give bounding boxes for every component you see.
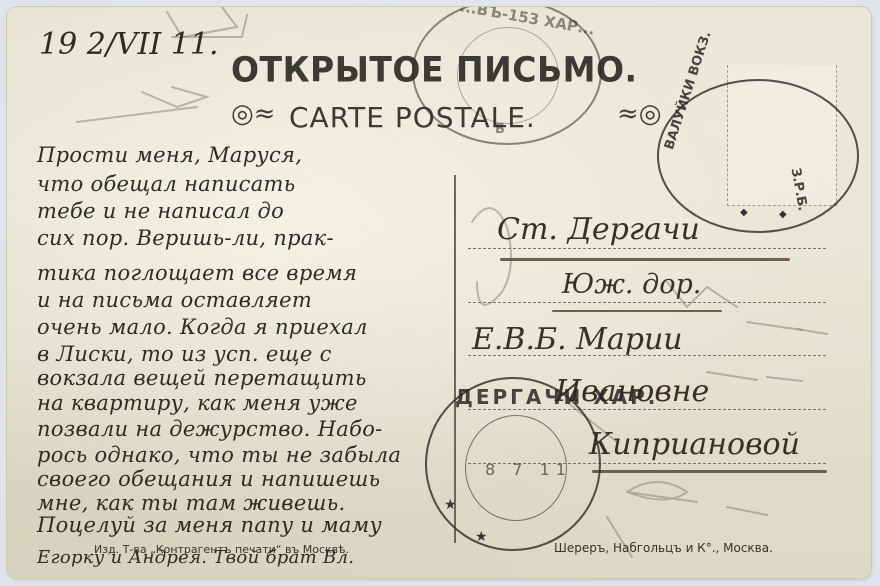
message-line: тика поглощает все время: [37, 261, 357, 285]
postmark-top-right-star-icon: ◆: [779, 209, 787, 220]
message-line: в Лиски, то из усп. еще с: [37, 342, 332, 366]
message-line: вокзала вещей перетащить: [37, 366, 367, 390]
postmark-top-center-bottom: Б: [495, 122, 505, 137]
message-line: и на письма оставляет: [37, 288, 312, 312]
date-note: 19 2/VII 11.: [39, 27, 219, 62]
address-title-name: Е.В.Б. Марии: [472, 322, 683, 357]
address-underline-5: [592, 470, 827, 473]
flourish-left-icon: ◎≈: [231, 99, 275, 129]
title-french-row: ◎≈: [231, 99, 275, 129]
message-line: на квартиру, как меня уже: [37, 391, 358, 415]
message-line: тебе и не написал до: [37, 199, 284, 223]
message-line: очень мало. Когда я приехал: [37, 315, 368, 339]
message-line: Прости меня, Маруся,: [37, 143, 302, 167]
address-line-1: [468, 248, 826, 249]
address-station: Ст. Дергачи: [497, 212, 700, 247]
postcard: ОТКРЫТОЕ ПИСЬМО. ◎≈ CARTE POSTALE. ≈◎ 19…: [7, 7, 871, 578]
message-line: Поцелуй за меня папу и маму: [37, 513, 382, 537]
postmark-star-icon: ★: [444, 497, 457, 513]
address-surname: Киприановой: [589, 427, 800, 462]
message-line: своего обещания и напишешь: [37, 467, 380, 491]
flourish-right-icon: ≈◎: [617, 99, 661, 129]
postmark-top-right-star-icon: ◆: [740, 207, 748, 218]
message-line: мне, как ты там живешь.: [37, 491, 345, 515]
printer-imprint: Шереръ, Набгольцъ и К°., Москва.: [554, 541, 773, 555]
address-railway: Юж. дор.: [562, 269, 701, 300]
message-line: сих пор. Веришь-ли, прак-: [37, 226, 334, 250]
postmark-top-center-inner: [457, 27, 559, 124]
publisher-imprint: Изд. Т-ва „Контрагентъ печати“ въ Москвѣ…: [94, 543, 349, 556]
message-line: рось однако, что ты не забыла: [37, 443, 401, 467]
postmark-star-icon: ★: [475, 529, 488, 545]
title-french-flourish: ≈◎: [617, 99, 661, 129]
address-line-2: [468, 302, 826, 303]
postmark-bottom-center-date: 8 7 11: [485, 460, 572, 479]
postmark-bottom-center-text: ДЕРГАЧИ ХАР.: [455, 385, 658, 409]
message-line: что обещал написать: [37, 172, 296, 196]
address-underline-1: [500, 258, 790, 261]
address-underline-2: [552, 310, 722, 312]
message-line: позвали на дежурство. Набо-: [37, 417, 383, 441]
